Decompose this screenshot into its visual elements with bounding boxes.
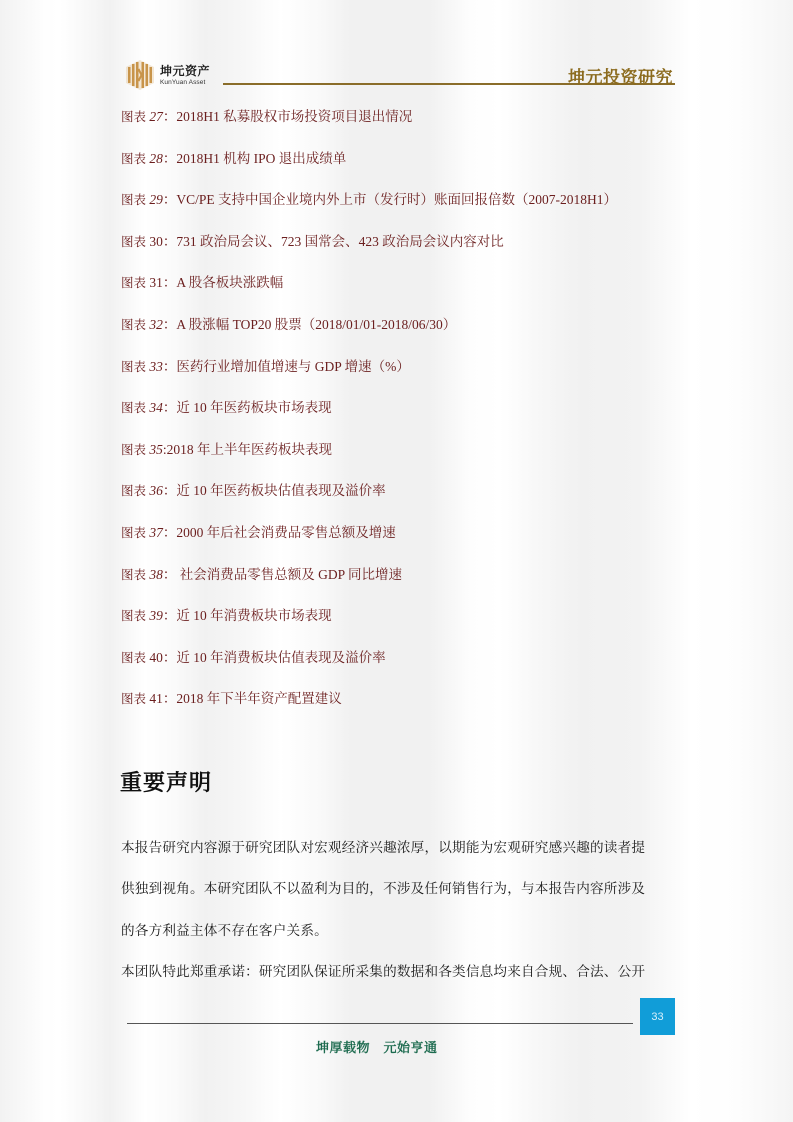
figure-list-item[interactable]: 图表 27：2018H1 私募股权市场投资项目退出情况 <box>121 108 617 150</box>
header-title: 坤元投资研究 <box>568 63 673 88</box>
kunyuan-logo-icon <box>125 59 155 91</box>
logo-name-en: KunYuan Asset <box>160 78 210 87</box>
figure-list-item[interactable]: 图表 37：2000 年后社会消费品零售总额及增速 <box>121 524 617 566</box>
disclaimer-line: 的各方利益主体不存在客户关系。 <box>121 919 676 939</box>
disclaimer-line: 供独到视角。本研究团队不以盈利为目的，不涉及任何销售行为，与本报告内容所涉及 <box>121 877 676 897</box>
footer-rule <box>127 1023 633 1024</box>
footer-slogan: 坤厚载物 元始亨通 <box>316 1037 438 1056</box>
figure-list-item[interactable]: 图表 33：医药行业增加值增速与 GDP 增速（%） <box>121 358 617 400</box>
disclaimer-line: 本报告研究内容源于研究团队对宏观经济兴趣浓厚，以期能为宏观研究感兴趣的读者提 <box>121 836 676 856</box>
figure-list-item[interactable]: 图表 41：2018 年下半年资产配置建议 <box>121 690 617 732</box>
figure-list-item[interactable]: 图表 40：近 10 年消费板块估值表现及溢价率 <box>121 649 617 691</box>
company-logo: 坤元资产 KunYuan Asset <box>125 59 210 91</box>
figure-list-item[interactable]: 图表 39：近 10 年消费板块市场表现 <box>121 607 617 649</box>
figure-list-item[interactable]: 图表 34：近 10 年医药板块市场表现 <box>121 399 617 441</box>
figure-list-item[interactable]: 图表 35:2018 年上半年医药板块表现 <box>121 441 617 483</box>
figure-list-item[interactable]: 图表 28：2018H1 机构 IPO 退出成绩单 <box>121 150 617 192</box>
figure-list-item[interactable]: 图表 29：VC/PE 支持中国企业境内外上市（发行时）账面回报倍数（2007-… <box>121 191 617 233</box>
figure-list-item[interactable]: 图表 31：A 股各板块涨跌幅 <box>121 274 617 316</box>
figure-list-item[interactable]: 图表 32：A 股涨幅 TOP20 股票（2018/01/01-2018/06/… <box>121 316 617 358</box>
figure-list-item[interactable]: 图表 36：近 10 年医药板块估值表现及溢价率 <box>121 482 617 524</box>
disclaimer-line: 本团队特此郑重承诺：研究团队保证所采集的数据和各类信息均来自合规、合法、公开 <box>121 960 676 980</box>
logo-name-cn: 坤元资产 <box>160 64 210 78</box>
disclaimer-heading: 重要声明 <box>120 766 212 797</box>
figure-list: 图表 27：2018H1 私募股权市场投资项目退出情况 图表 28：2018H1… <box>121 108 617 732</box>
page-number-badge: 33 <box>640 998 675 1035</box>
figure-list-item[interactable]: 图表 38： 社会消费品零售总额及 GDP 同比增速 <box>121 566 617 608</box>
figure-list-item[interactable]: 图表 30：731 政治局会议、723 国常会、423 政治局会议内容对比 <box>121 233 617 275</box>
